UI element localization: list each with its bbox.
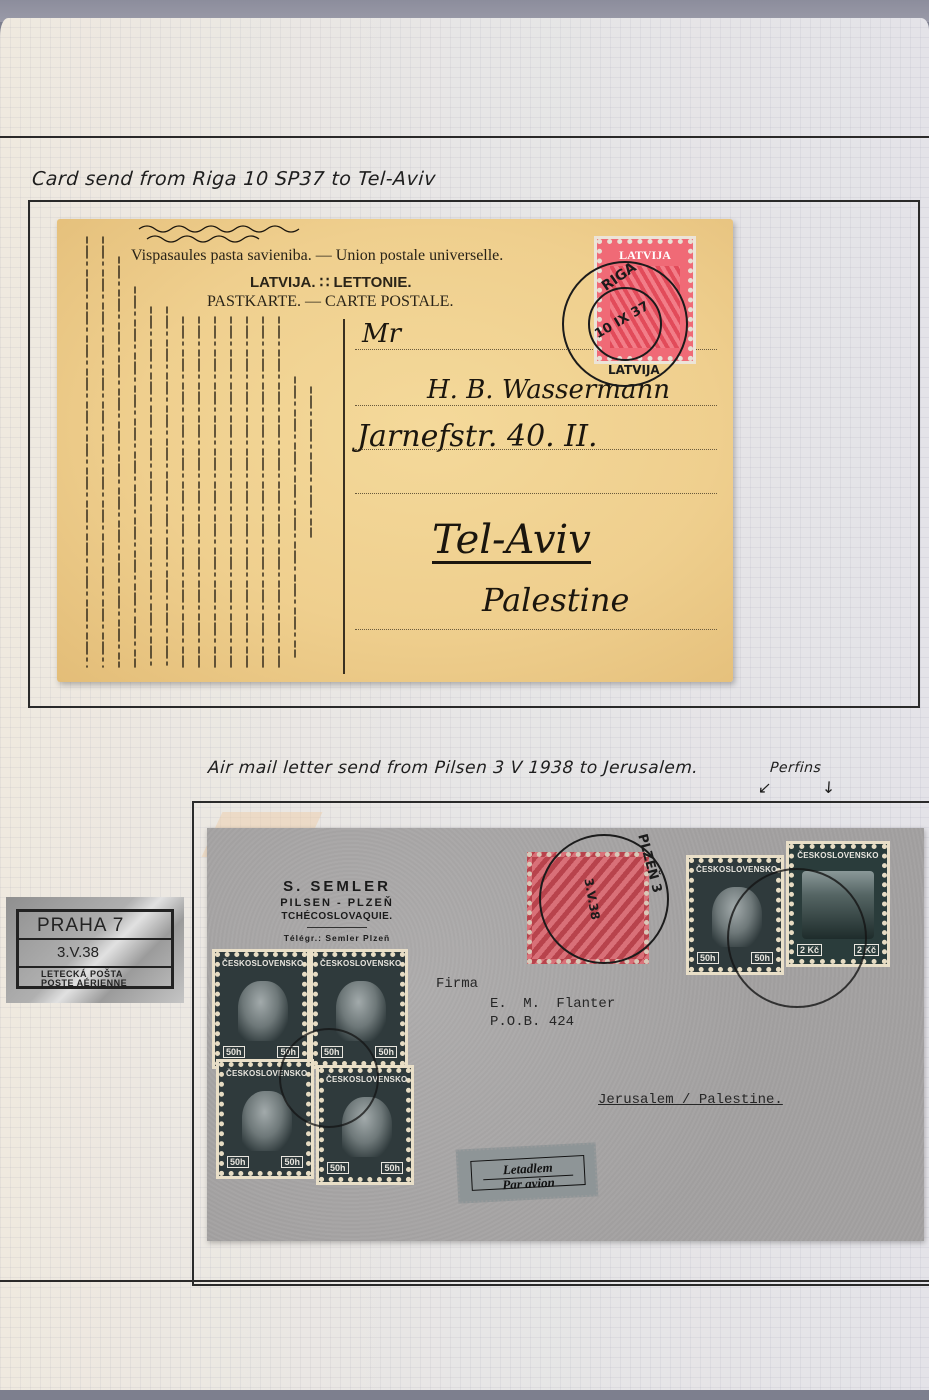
addressee-destination: Jerusalem / Palestine. [598, 1092, 783, 1108]
stamp-value: 50h [375, 1046, 397, 1058]
stamp-value: 50h [697, 952, 719, 964]
caption-cover: Air mail letter send from Pilsen 3 V 193… [207, 758, 699, 778]
page-rule-bottom [0, 1280, 929, 1282]
airmail-cover: S. SEMLER PILSEN - PLZEŇ TCHÉCOSLOVAQUIE… [207, 828, 924, 1241]
address-line-4 [355, 493, 717, 494]
address-salutation: Mr [362, 319, 401, 349]
sender-imprint: S. SEMLER PILSEN - PLZEŇ TCHÉCOSLOVAQUIE… [257, 878, 417, 943]
caption-postcard: Card send from Riga 10 SP37 to Tel-Aviv [31, 168, 436, 190]
stamp-country: ČESKOSLOVENSKO [320, 959, 398, 968]
perfin-postmark [727, 868, 867, 1008]
postmark-country: LATVIJA [608, 363, 660, 377]
perfins-arrow-left-icon: ↙ [757, 778, 772, 797]
sender-rule [307, 927, 367, 928]
handwritten-message [67, 227, 337, 677]
postmark-city: PLZEŇ 3 [634, 832, 664, 894]
block-postmark [279, 1028, 379, 1128]
latvian-postcard: Vispasaules pasta savieniba. — Union pos… [57, 219, 733, 682]
stamp-value: 50h [281, 1156, 303, 1168]
postmark-date: 3.V.38 [581, 877, 602, 921]
stamp-value: 50h [227, 1156, 249, 1168]
sender-city: PILSEN - PLZEŇ [257, 897, 417, 909]
address-divider [343, 319, 345, 674]
portrait-icon [238, 981, 288, 1041]
address-line-2 [355, 405, 717, 406]
photo-stage: Card send from Riga 10 SP37 to Tel-Aviv … [0, 0, 929, 1400]
cancel-date: 3.V.38 [57, 944, 99, 961]
sender-name: S. SEMLER [257, 878, 417, 895]
plzen-postmark: PLZEŇ 3 3.V.38 [539, 834, 669, 964]
stamp-country: ČESKOSLOVENSKO [222, 959, 300, 968]
cancel-rule [19, 938, 171, 940]
address-street: Jarnefstr. 40. II. [357, 419, 597, 454]
stamp-value: 50h [381, 1162, 403, 1174]
address-city: Tel-Aviv [432, 519, 591, 564]
addressee-firm-label: Firma [436, 976, 478, 992]
addressee-name: E. M. Flanter [490, 996, 615, 1012]
cancel-box: PRAHA 7 3.V.38 LETECKÁ POŠTA POSTE AÉRIE… [16, 909, 174, 989]
addressee-pobox: P.O.B. 424 [490, 1014, 574, 1030]
cancel-rule [19, 966, 171, 968]
cancel-line-2: POSTE AÉRIENNE [41, 978, 127, 988]
airmail-label-box: Letadlem Par avion [470, 1155, 585, 1191]
address-country: Palestine [482, 581, 629, 619]
stamp-value: 50h [327, 1162, 349, 1174]
stamp-value: 50h [223, 1046, 245, 1058]
album-page: Card send from Riga 10 SP37 to Tel-Aviv … [0, 18, 929, 1390]
cancel-city: PRAHA 7 [37, 915, 124, 937]
perfins-note: Perfins [769, 760, 821, 776]
airmail-label: Letadlem Par avion [456, 1142, 599, 1203]
praha-airmail-cancel: PRAHA 7 3.V.38 LETECKÁ POŠTA POSTE AÉRIE… [6, 897, 184, 1003]
stamp-country: ČESKOSLOVENSKO [696, 865, 774, 874]
stamp-country: ČESKOSLOVENSKO [796, 851, 880, 860]
sender-country: TCHÉCOSLOVAQUIE. [257, 911, 417, 922]
perfins-arrow-down-icon: ↓ [821, 778, 836, 797]
sender-telegraph: Télégr.: Semler Plzeň [257, 933, 417, 943]
address-line-5 [355, 629, 717, 630]
riga-postmark: RIGA 10 IX 37 LATVIJA [562, 261, 688, 387]
page-rule-top [0, 136, 929, 138]
